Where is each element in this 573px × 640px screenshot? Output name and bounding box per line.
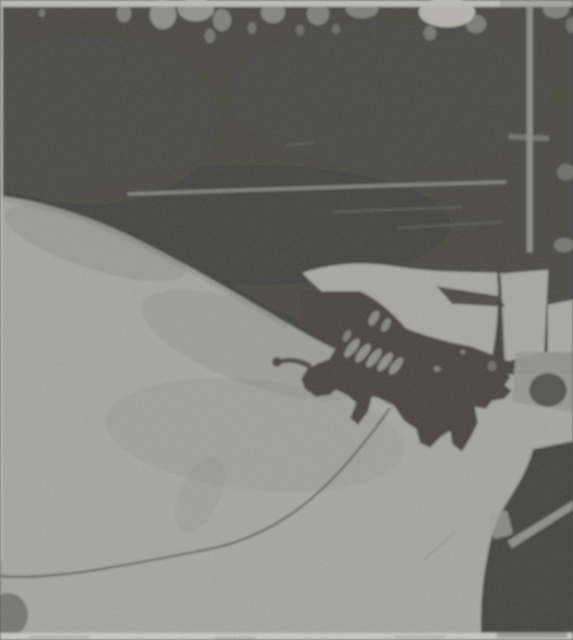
photo-canvas	[0, 0, 573, 640]
film-grain-coarse	[0, 0, 573, 640]
photograph	[0, 0, 573, 640]
